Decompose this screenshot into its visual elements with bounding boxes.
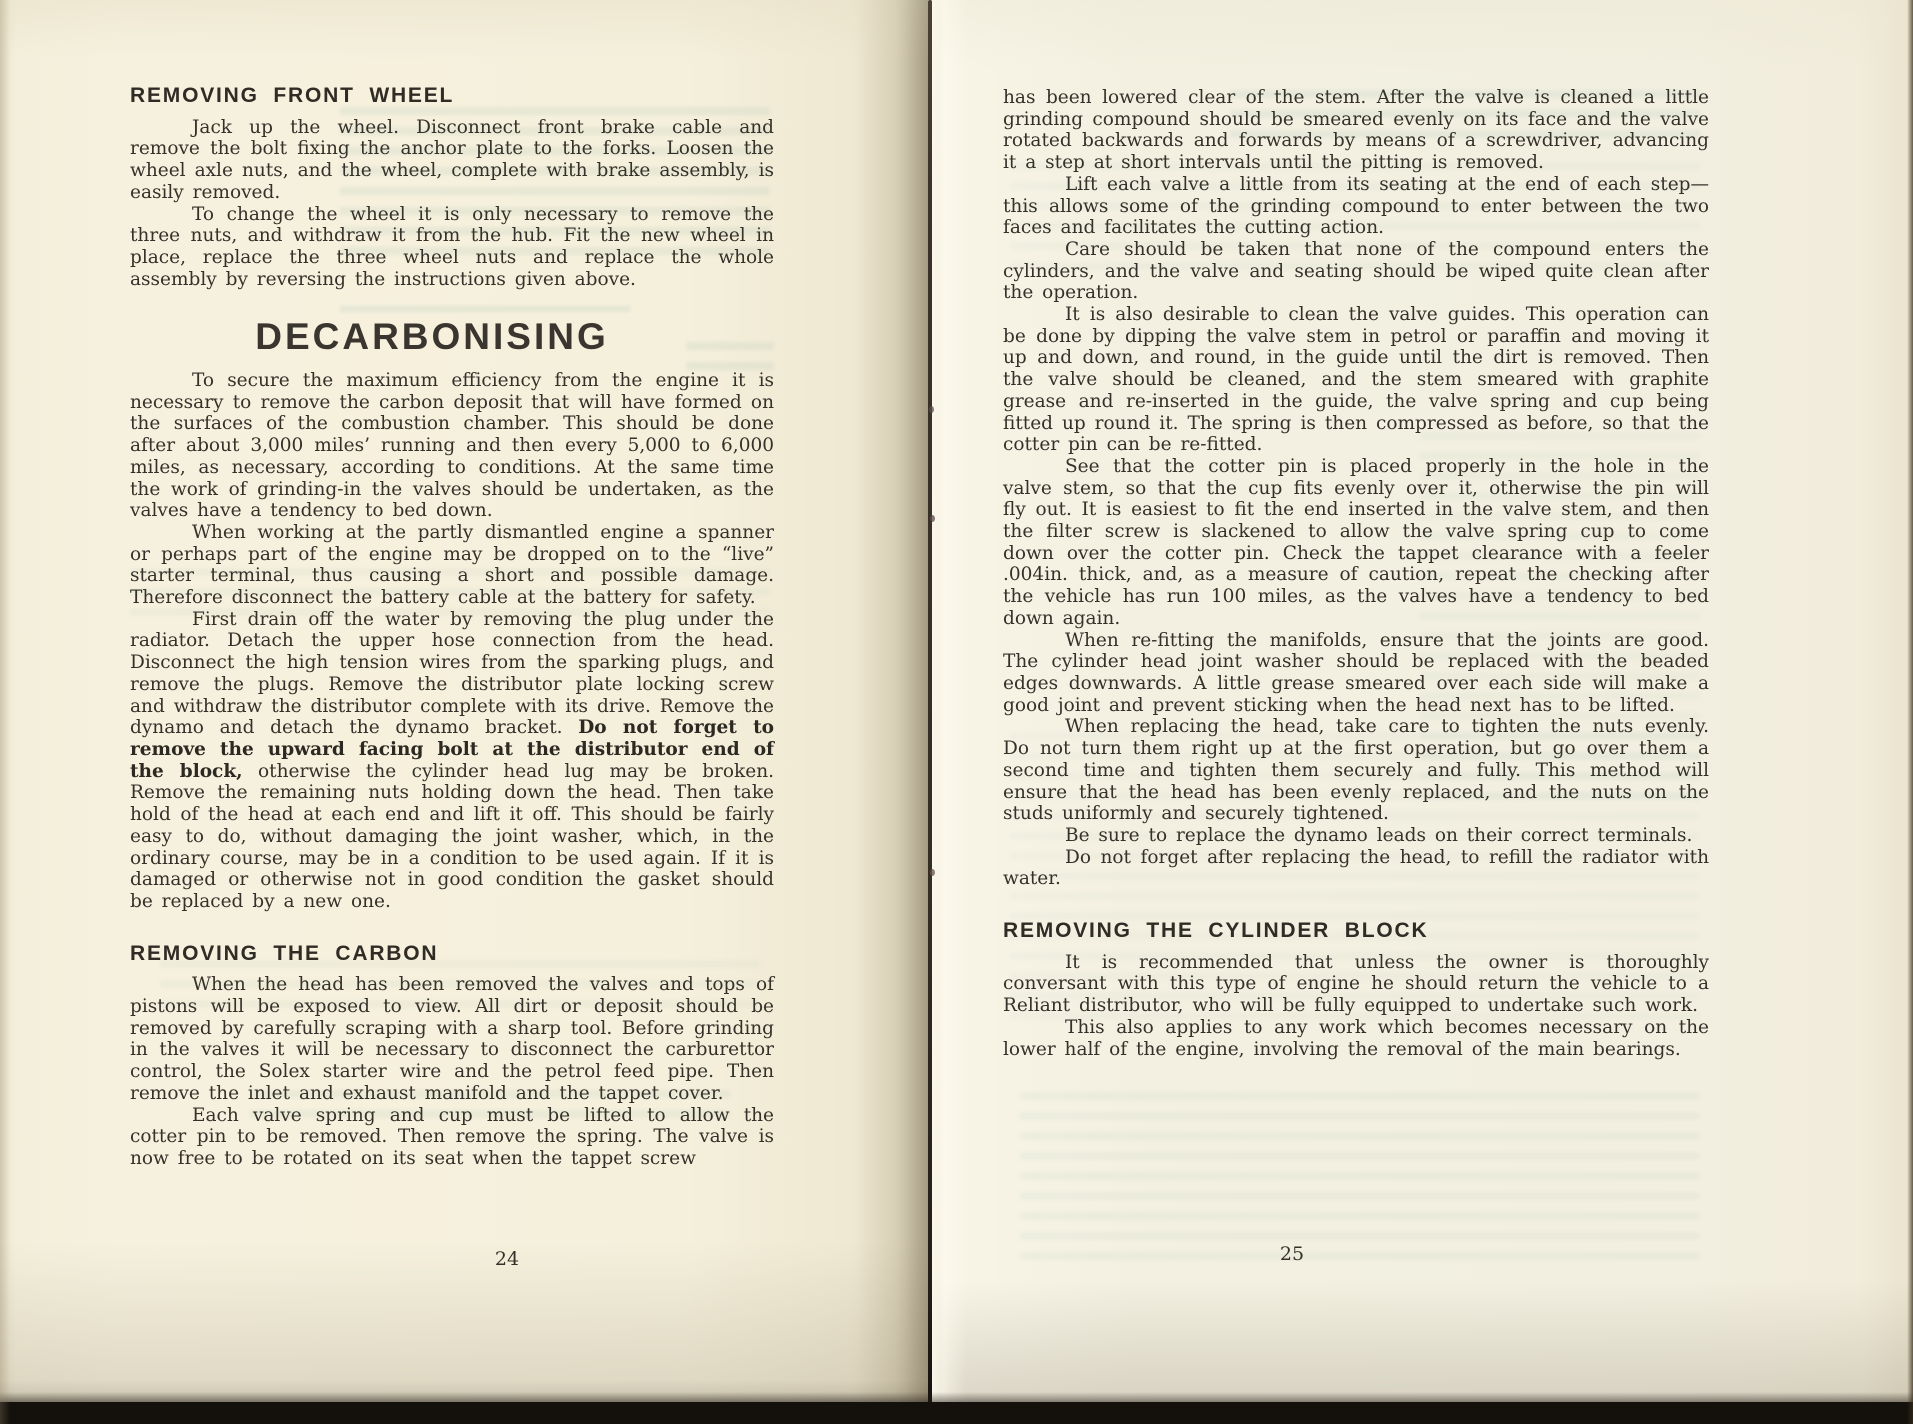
paragraph: To change the wheel it is only necessary… [130, 204, 774, 291]
paragraph: When working at the partly dismantled en… [130, 522, 774, 609]
paragraph: First drain off the water by removing th… [130, 609, 774, 913]
text-run: Do not forget after replacing the head, … [1003, 847, 1709, 890]
right-page-text-column: has been lowered clear of the stem. Afte… [1003, 87, 1709, 1060]
text-run: To secure the maximum efficiency from th… [130, 370, 774, 521]
paragraph: To secure the maximum efficiency from th… [130, 370, 774, 522]
text-run: See that the cotter pin is placed proper… [1003, 456, 1709, 629]
heading-removing-front-wheel: REMOVING FRONT WHEEL [130, 85, 774, 107]
heading-removing-the-carbon: REMOVING THE CARBON [130, 943, 774, 965]
text-run: Each valve spring and cup must be lifted… [130, 1105, 774, 1169]
binding-stitch [929, 406, 934, 413]
paragraph: Lift each valve a little from its seatin… [1003, 174, 1709, 239]
scan-bottom-edge [0, 1402, 1913, 1424]
paragraph: When the head has been removed the valve… [130, 974, 774, 1104]
text-run: When working at the partly dismantled en… [130, 522, 774, 608]
paragraph: Be sure to replace the dynamo leads on t… [1003, 825, 1709, 847]
binding-stitch [930, 515, 935, 522]
paragraph: It is recommended that unless the owner … [1003, 952, 1709, 1017]
paragraph: When replacing the head, take care to ti… [1003, 716, 1709, 825]
paragraph: has been lowered clear of the stem. Afte… [1003, 87, 1709, 174]
paragraph: Do not forget after replacing the head, … [1003, 847, 1709, 890]
text-run: Care should be taken that none of the co… [1003, 239, 1709, 303]
scan-left-edge [0, 0, 10, 1424]
paragraph: See that the cotter pin is placed proper… [1003, 456, 1709, 630]
text-run: When the head has been removed the valve… [130, 974, 774, 1104]
page-number: 25 [1257, 1243, 1327, 1265]
paragraph: Care should be taken that none of the co… [1003, 239, 1709, 304]
paragraph: Each valve spring and cup must be lifted… [130, 1105, 774, 1170]
heading-decarbonising: DECARBONISING [130, 326, 734, 348]
paragraph: This also applies to any work which beco… [1003, 1017, 1709, 1060]
gutter-shadow [856, 0, 928, 1410]
text-run: has been lowered clear of the stem. Afte… [1003, 87, 1709, 173]
text-run: Be sure to replace the dynamo leads on t… [1065, 825, 1692, 846]
paragraph: Jack up the wheel. Disconnect front brak… [130, 117, 774, 204]
left-page-text-column: REMOVING FRONT WHEELJack up the wheel. D… [130, 85, 774, 1170]
binding-stitch [930, 869, 935, 876]
text-run: To change the wheel it is only necessary… [130, 204, 774, 290]
paragraph: It is also desirable to clean the valve … [1003, 304, 1709, 456]
text-run: This also applies to any work which beco… [1003, 1017, 1709, 1060]
text-run: When re-fitting the manifolds, ensure th… [1003, 630, 1709, 716]
text-run: It is recommended that unless the owner … [1003, 952, 1709, 1016]
scan-bottom-shadow [0, 1392, 1913, 1402]
text-run: Jack up the wheel. Disconnect front brak… [130, 117, 774, 203]
scan-right-edge [1907, 0, 1913, 1424]
text-run: When replacing the head, take care to ti… [1003, 716, 1709, 824]
heading-removing-the-cylinder-block: REMOVING THE CYLINDER BLOCK [1003, 920, 1709, 942]
text-run: Lift each valve a little from its seatin… [1003, 174, 1709, 238]
gutter-highlight [932, 0, 966, 1412]
page-number: 24 [472, 1248, 542, 1270]
paragraph: When re-fitting the manifolds, ensure th… [1003, 630, 1709, 717]
text-run: It is also desirable to clean the valve … [1003, 304, 1709, 455]
text-run: otherwise the cylinder head lug may be b… [130, 761, 774, 912]
